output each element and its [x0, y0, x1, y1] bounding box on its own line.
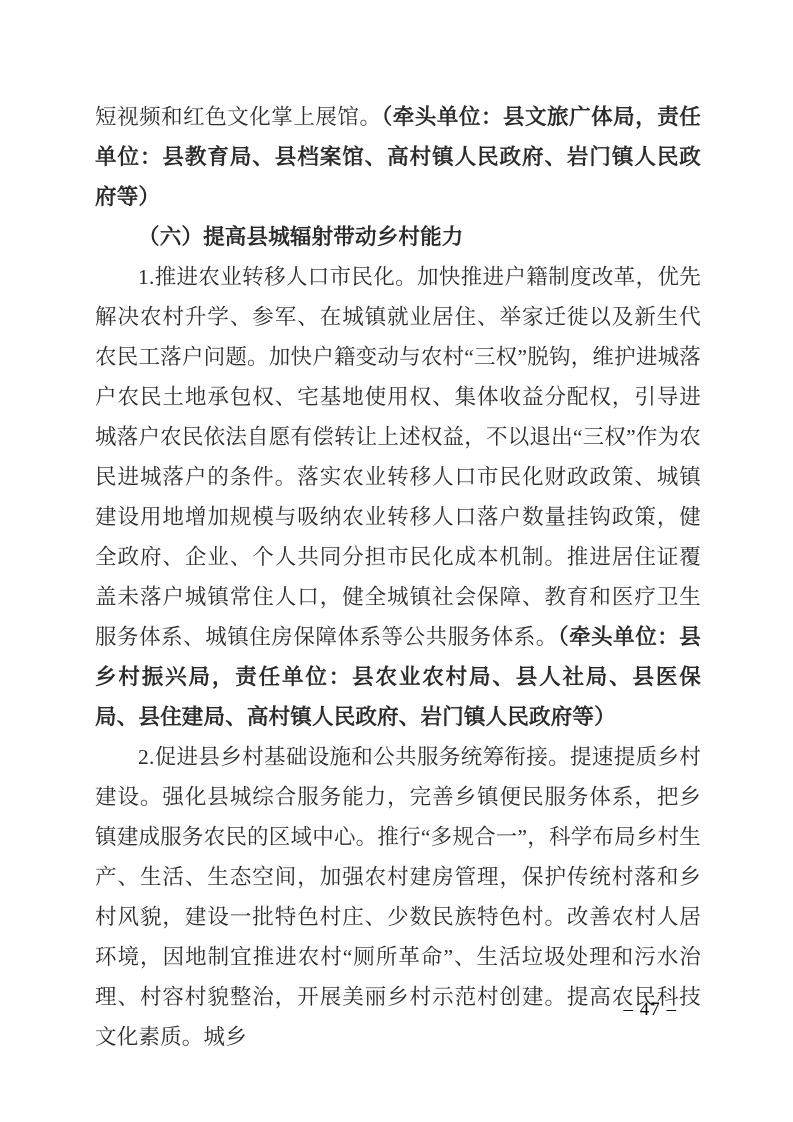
paragraph-item-1-body-segment: 加快推进户籍制度改革，优先解决农村升学、参军、在城镇就业居住、举家迁徙以及新生代…: [95, 265, 701, 649]
document-text-block: 短视频和红色文化掌上展馆。（牵头单位：县文旅广体局，责任单位：县教育局、县档案馆…: [95, 97, 701, 1057]
paragraph-continued: 短视频和红色文化掌上展馆。（牵头单位：县文旅广体局，责任单位：县教育局、县档案馆…: [95, 97, 701, 217]
document-page: 短视频和红色文化掌上展馆。（牵头单位：县文旅广体局，责任单位：县教育局、县档案馆…: [0, 0, 793, 1122]
section-heading-heading-segment: （六）提高县城辐射带动乡村能力: [138, 225, 464, 249]
page-number: – 47 –: [624, 996, 678, 1024]
paragraph-item-1: 1.推进农业转移人口市民化。加快推进户籍制度改革，优先解决农村升学、参军、在城镇…: [95, 257, 701, 737]
paragraph-item-2-body-segment: 提速提质乡村建设。强化县城综合服务能力，完善乡镇便民服务体系，把乡镇建成服务农民…: [95, 745, 701, 1049]
paragraph-item-2: 2.促进县乡村基础设施和公共服务统筹衔接。提速提质乡村建设。强化县城综合服务能力…: [95, 737, 701, 1057]
paragraph-continued-body-segment: 短视频和红色文化掌上展馆。: [95, 105, 382, 129]
paragraph-item-2-lead-segment: 2.促进县乡村基础设施和公共服务统筹衔接。: [138, 745, 570, 769]
paragraph-item-1-lead-segment: 1.推进农业转移人口市民化。: [138, 265, 417, 289]
section-heading: （六）提高县城辐射带动乡村能力: [95, 217, 701, 257]
